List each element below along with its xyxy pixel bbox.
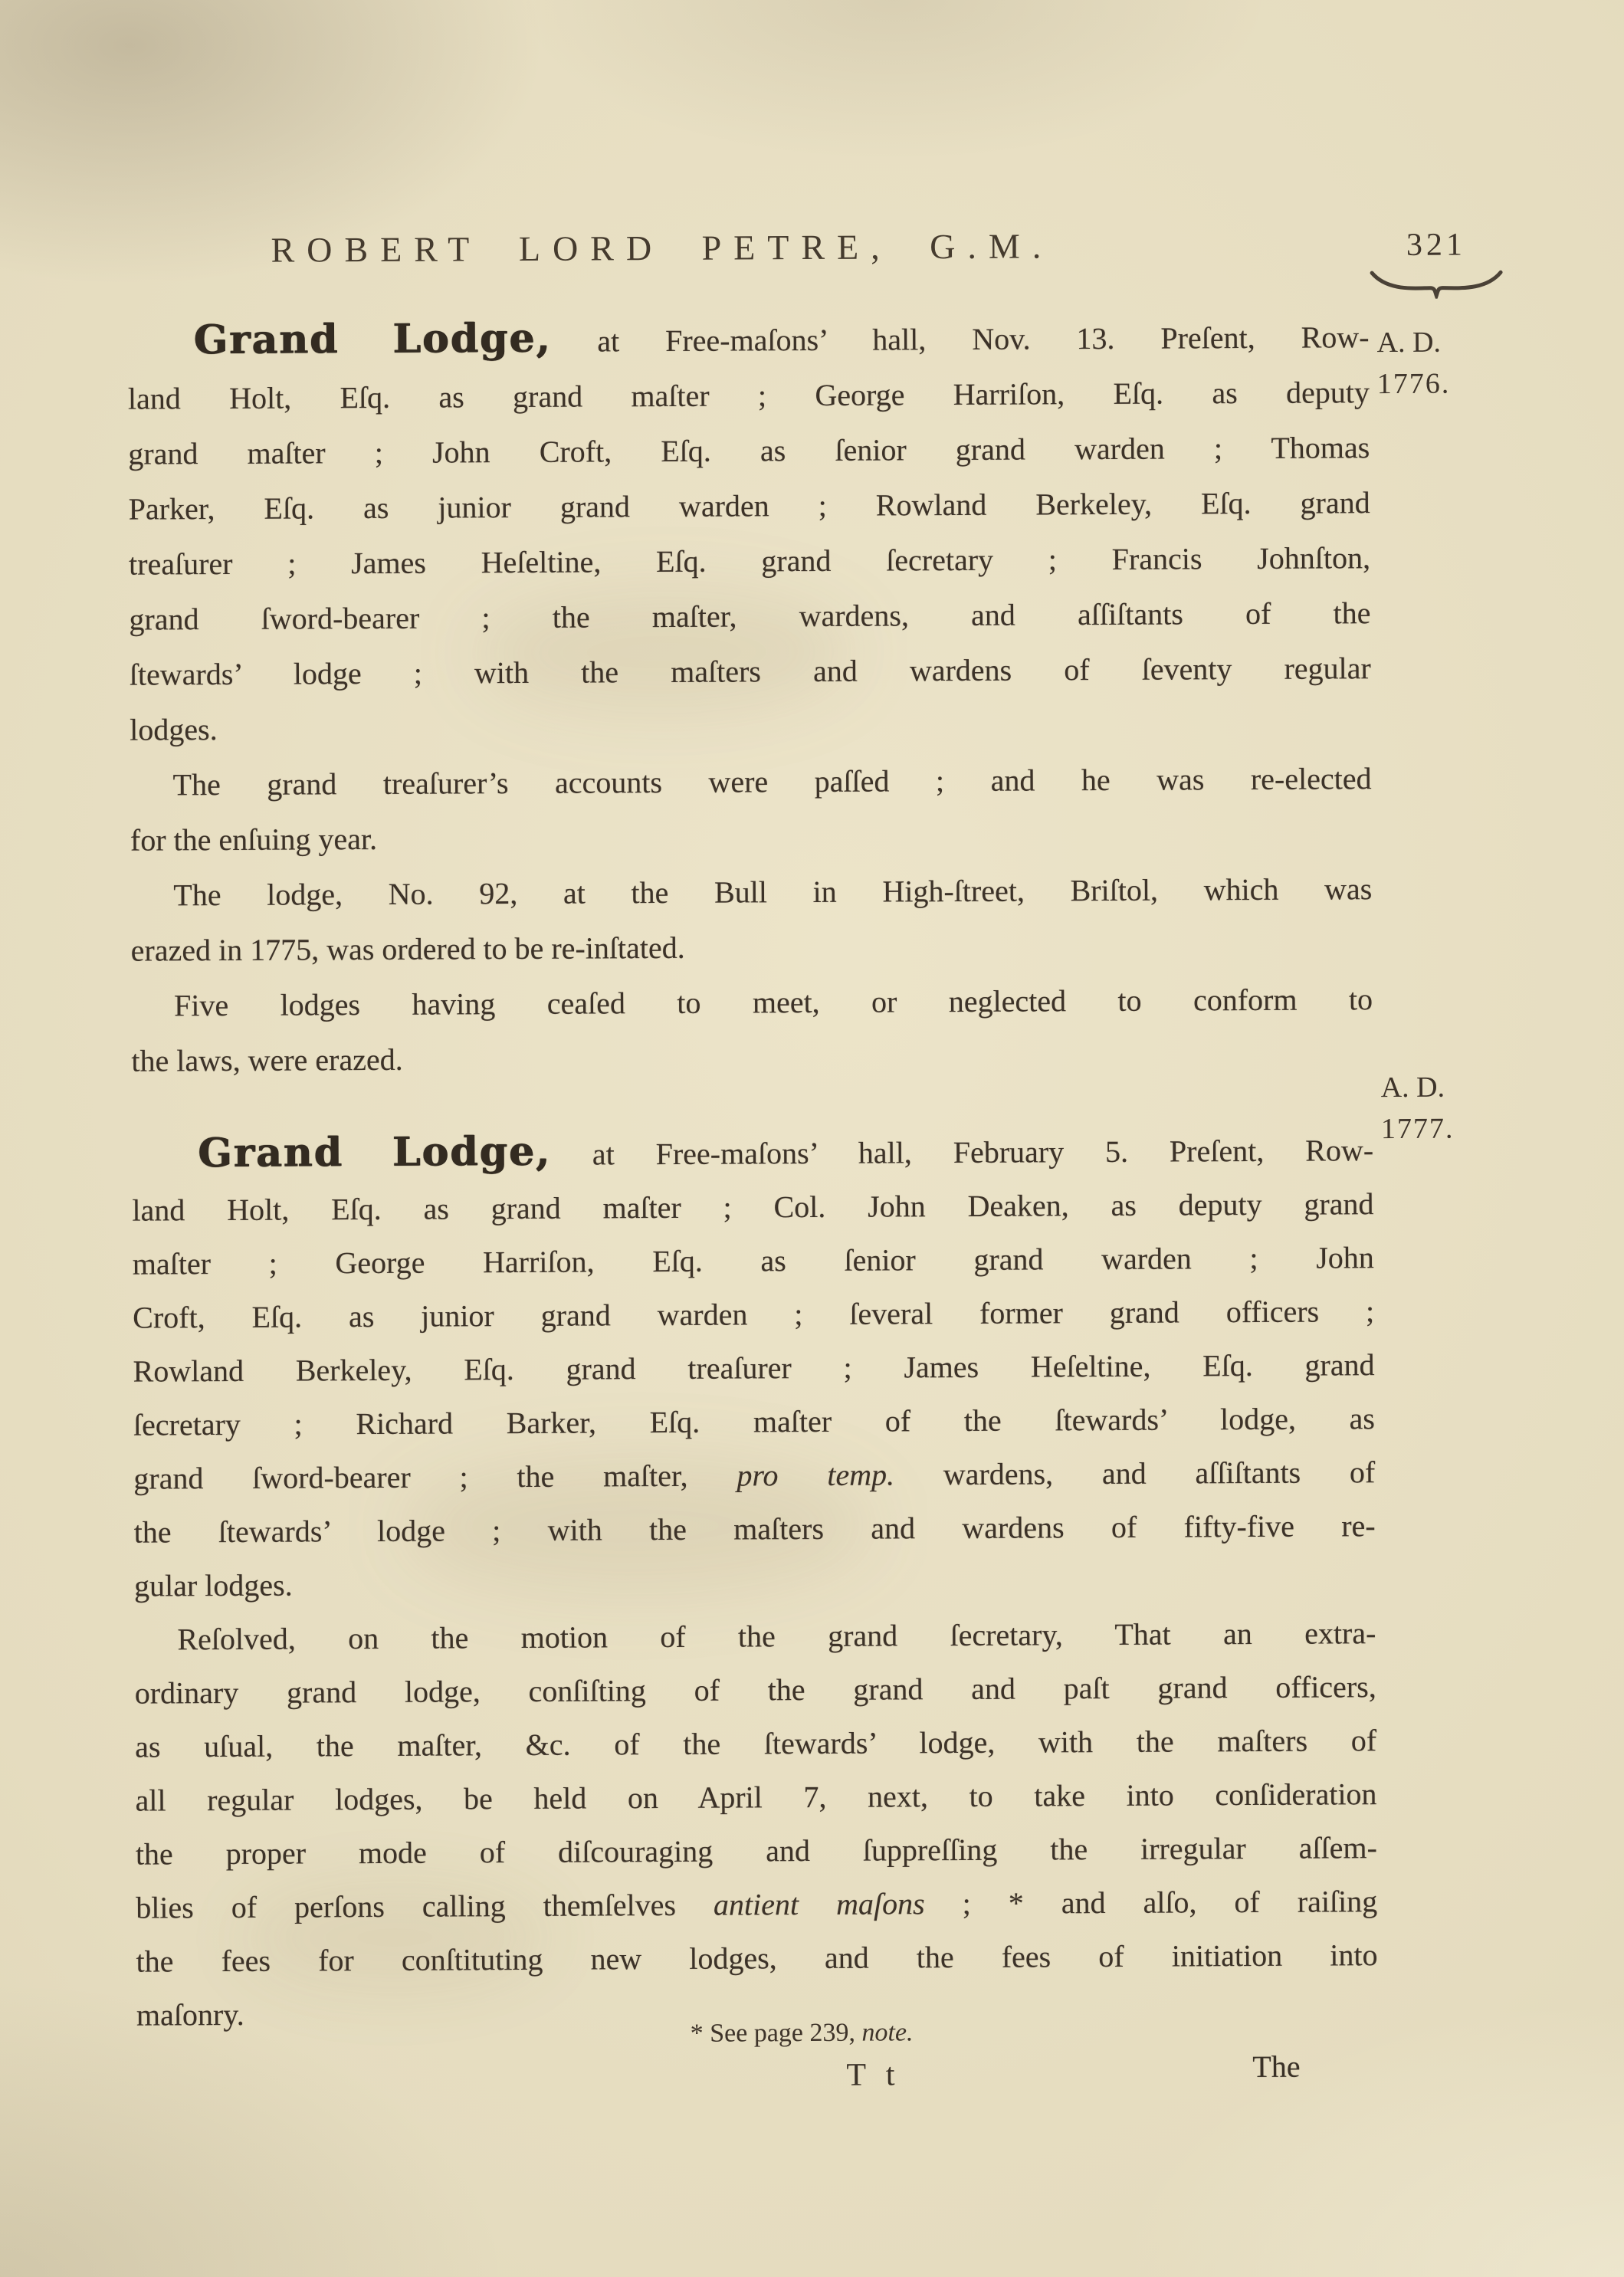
text-line: The grand treaſurer’s accounts were paſſ… <box>130 751 1371 812</box>
text-line: ordinary grand lodge, conſiſting of the … <box>135 1660 1376 1720</box>
text-line: as uſual, the maſter, &c. of the ſteward… <box>135 1714 1376 1773</box>
margin-note-1776: A. D. 1776. <box>1376 321 1546 405</box>
footnote-asterisk: * <box>691 2019 704 2048</box>
section-1776: Grand Lodge, at Free-maſons’ hall, Nov. … <box>127 310 1373 1088</box>
text-line: the ſtewards’ lodge ; with the maſters a… <box>133 1499 1375 1559</box>
running-header: ROBERT LORD PETRE, G.M. <box>126 225 1199 271</box>
text-line: grand ſword-bearer ; the maſter, pro tem… <box>133 1445 1375 1505</box>
text-line: blies of perſons calling themſelves anti… <box>136 1875 1377 1934</box>
text-line: grand ſword-bearer ; the maſter, wardens… <box>129 586 1370 647</box>
antient-masons-italic: antient maſons <box>714 1886 925 1921</box>
text-line: the laws, were erazed. <box>131 1027 1373 1088</box>
catchword: The <box>1252 2049 1300 2085</box>
footnote-text: See page 239, <box>704 2019 862 2048</box>
text-line: Croft, Eſq. as junior grand warden ; ſev… <box>133 1285 1374 1344</box>
grand-lodge-blackletter: Grand Lodge, <box>193 315 551 363</box>
text-line: grand maſter ; John Croft, Eſq. as ſenio… <box>128 420 1370 481</box>
section-1777: Grand Lodge, at Free-maſons’ hall, Febru… <box>132 1124 1378 2042</box>
margin-note-era: A. D. <box>1376 321 1545 363</box>
text-line: all regular lodges, be held on April 7, … <box>135 1767 1376 1827</box>
text-segment: ; * and alſo, of raiſing <box>925 1884 1378 1921</box>
margin-note-year: 1777. <box>1381 1107 1550 1150</box>
text-line: treaſurer ; James Heſeltine, Eſq. grand … <box>129 530 1370 592</box>
text-line: Reſolved, on the motion of the grand ſec… <box>134 1606 1376 1666</box>
text-segment: grand ſword-bearer ; the maſter, <box>133 1458 737 1496</box>
page-title: ROBERT LORD PETRE, G.M. <box>271 226 1053 269</box>
page-number: 321 <box>1360 226 1513 264</box>
page-number-group: 321 <box>1360 226 1513 299</box>
text-line: erazed in 1775, was ordered to be re-inſ… <box>131 917 1373 978</box>
text-line: land Holt, Eſq. as grand maſter ; Col. J… <box>132 1177 1373 1237</box>
page-content: ROBERT LORD PETRE, G.M. 321 A. D. 1776. … <box>0 0 1624 2277</box>
text-line: Rowland Berkeley, Eſq. grand treaſurer ;… <box>133 1338 1374 1398</box>
text-line: the proper mode of diſcouraging and ſupp… <box>136 1821 1377 1881</box>
text-segment: wardens, and aſſiſtants of <box>894 1455 1375 1491</box>
text-line: ſtewards’ lodge ; with the maſters and w… <box>130 641 1371 702</box>
margin-note-era: A. D. <box>1381 1066 1550 1108</box>
margin-note-year: 1776. <box>1377 363 1546 405</box>
text-line: maſter ; George Harriſon, Eſq. as ſenior… <box>133 1231 1374 1291</box>
text-line: the fees for conſtituting new lodges, an… <box>136 1928 1377 1988</box>
grand-lodge-blackletter: Grand Lodge, <box>198 1128 551 1176</box>
text-line: Five lodges having ceaſed to meet, or ne… <box>131 972 1373 1033</box>
footnote: * See page 239, note. <box>480 2017 1124 2049</box>
text-line: Grand Lodge, at Free-maſons’ hall, Nov. … <box>127 310 1369 371</box>
book-page: ROBERT LORD PETRE, G.M. 321 A. D. 1776. … <box>0 0 1624 2277</box>
text-line: ſecretary ; Richard Barker, Eſq. maſter … <box>133 1392 1375 1452</box>
text-line: land Holt, Eſq. as grand maſter ; George… <box>128 365 1370 426</box>
text-segment: blies of perſons calling themſelves <box>136 1888 714 1925</box>
text-segment: at Free-maſons’ hall, February 5. Preſen… <box>551 1133 1373 1172</box>
text-segment: at Free-maſons’ hall, Nov. 13. Preſent, … <box>551 320 1369 359</box>
page-number-brace-icon <box>1367 267 1505 299</box>
text-line: Grand Lodge, at Free-maſons’ hall, Febru… <box>132 1124 1373 1183</box>
pro-temp-italic: pro temp. <box>737 1457 894 1492</box>
text-line: for the enſuing year. <box>130 806 1372 868</box>
text-line: gular lodges. <box>134 1553 1376 1613</box>
footnote-note-italic: note. <box>861 2018 913 2046</box>
margin-note-1777: A. D. 1777. <box>1381 1066 1550 1150</box>
signature-mark: T t <box>846 2056 901 2093</box>
text-line: lodges. <box>130 696 1371 757</box>
text-line: The lodge, No. 92, at the Bull in High-ſ… <box>130 861 1372 923</box>
text-line: Parker, Eſq. as junior grand warden ; Ro… <box>129 475 1370 536</box>
